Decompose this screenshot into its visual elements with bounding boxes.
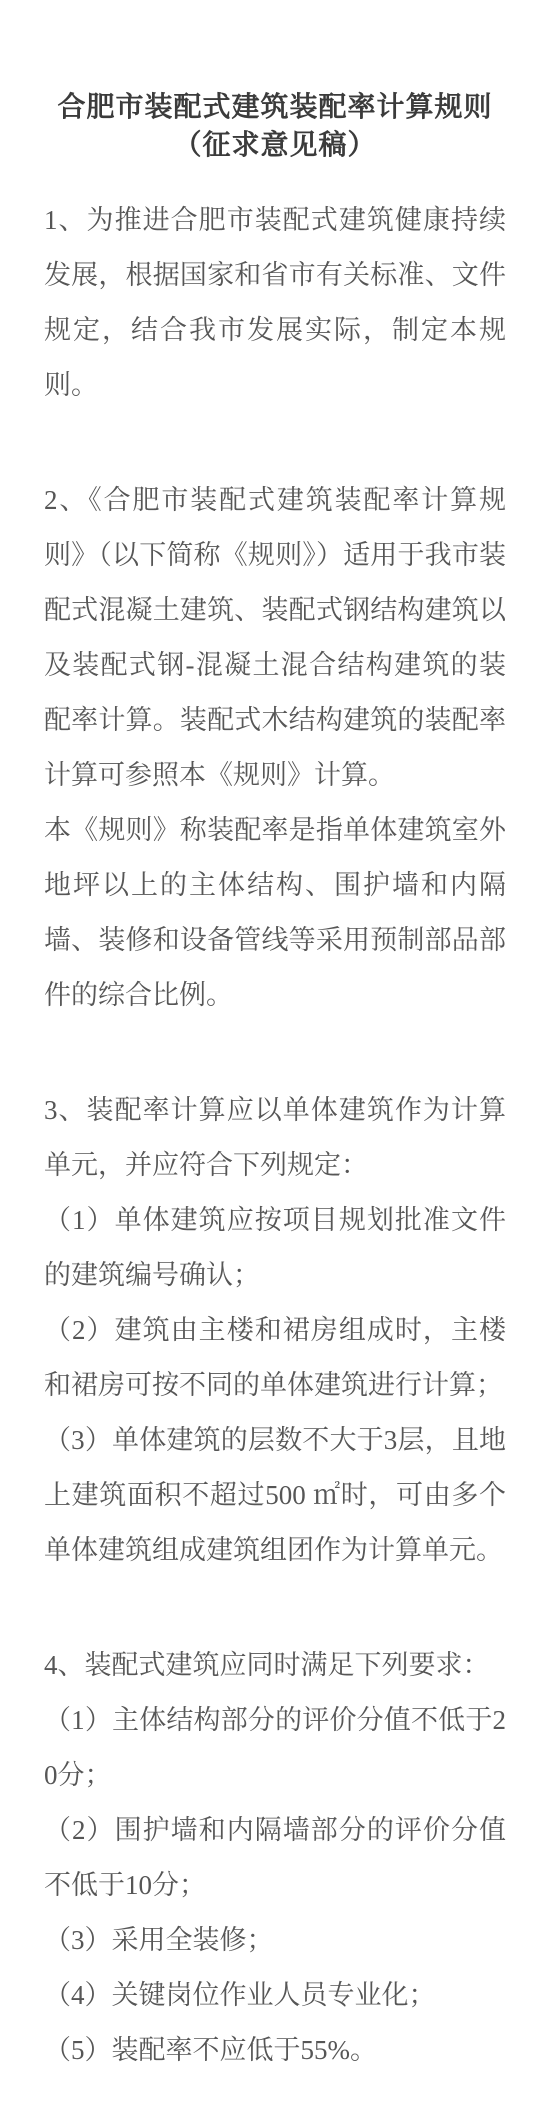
paragraph-2a: 2、《合肥市装配式建筑装配率计算规则》（以下简称《规则》）适用于我市装配式混凝土… xyxy=(44,473,506,803)
paragraph-4-item-2: （2）围护墙和内隔墙部分的评价分值不低于10分； xyxy=(44,1803,506,1913)
section-4: 4、装配式建筑应同时满足下列要求： （1）主体结构部分的评价分值不低于20分； … xyxy=(44,1638,506,2078)
paragraph-4-item-4: （4）关键岗位作业人员专业化； xyxy=(44,1968,506,2023)
paragraph-2b: 本《规则》称装配率是指单体建筑室外地坪以上的主体结构、围护墙和内隔墙、装修和设备… xyxy=(44,803,506,1023)
paragraph-3-item-1: （1）单体建筑应按项目规划批准文件的建筑编号确认； xyxy=(44,1193,506,1303)
paragraph-4-item-5: （5）装配率不应低于55%。 xyxy=(44,2023,506,2078)
document-title: 合肥市装配式建筑装配率计算规则 xyxy=(44,88,506,126)
section-3: 3、装配率计算应以单体建筑作为计算单元，并应符合下列规定： （1）单体建筑应按项… xyxy=(44,1083,506,1578)
paragraph-4-intro: 4、装配式建筑应同时满足下列要求： xyxy=(44,1638,506,1693)
paragraph-3-item-3: （3）单体建筑的层数不大于3层，且地上建筑面积不超过500 ㎡时，可由多个单体建… xyxy=(44,1413,506,1578)
paragraph-4-item-3: （3）采用全装修； xyxy=(44,1913,506,1968)
document-subtitle: （征求意见稿） xyxy=(44,126,506,164)
paragraph-4-item-1: （1）主体结构部分的评价分值不低于20分； xyxy=(44,1693,506,1803)
paragraph-1: 1、为推进合肥市装配式建筑健康持续发展，根据国家和省市有关标准、文件规定，结合我… xyxy=(44,193,506,413)
section-2: 2、《合肥市装配式建筑装配率计算规则》（以下简称《规则》）适用于我市装配式混凝土… xyxy=(44,473,506,1023)
section-1: 1、为推进合肥市装配式建筑健康持续发展，根据国家和省市有关标准、文件规定，结合我… xyxy=(44,193,506,413)
paragraph-3-item-2: （2）建筑由主楼和裙房组成时，主楼和裙房可按不同的单体建筑进行计算； xyxy=(44,1303,506,1413)
document-page: 合肥市装配式建筑装配率计算规则 （征求意见稿） 1、为推进合肥市装配式建筑健康持… xyxy=(0,0,550,2108)
paragraph-3-intro: 3、装配率计算应以单体建筑作为计算单元，并应符合下列规定： xyxy=(44,1083,506,1193)
